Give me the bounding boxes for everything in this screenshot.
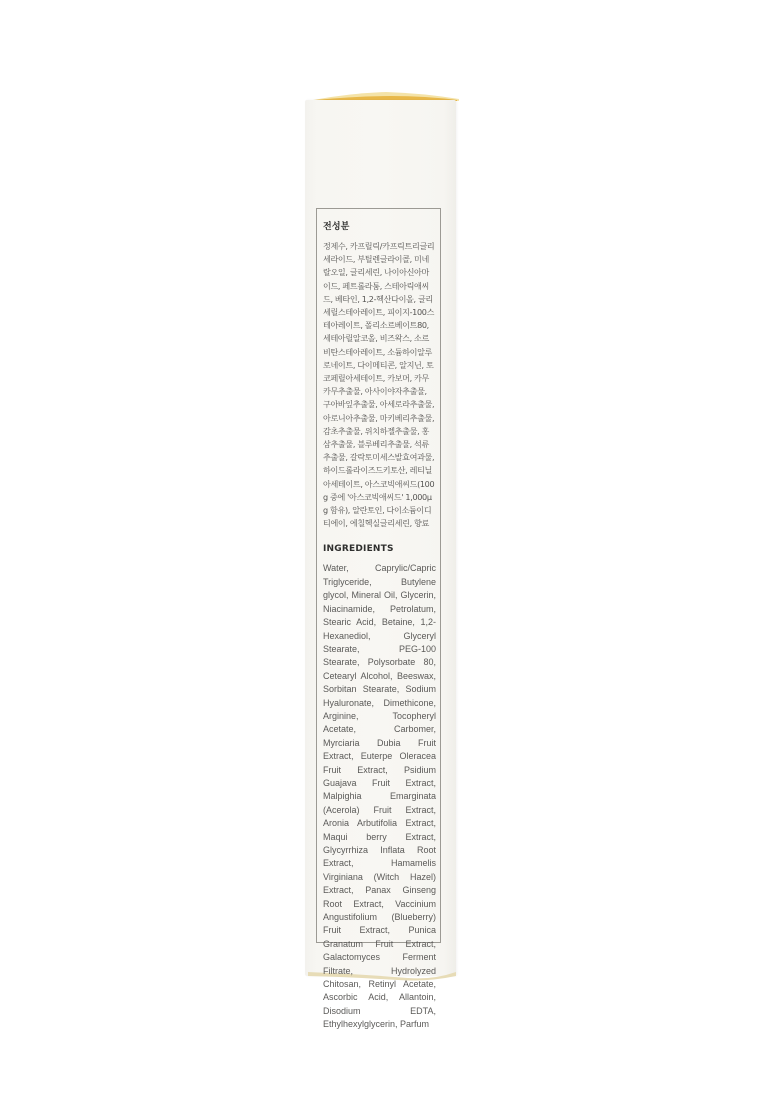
korean-ingredients-heading: 전성분 xyxy=(323,219,436,232)
english-ingredients-text: Water, Caprylic/Capric Triglyceride, But… xyxy=(323,562,436,1031)
korean-ingredients-text: 정제수, 카프릴릭/카프릭트리글리세라이드, 부틸렌글라이콜, 미네랄오일, 글… xyxy=(323,240,436,530)
english-ingredients-heading: INGREDIENTS xyxy=(323,544,436,554)
ingredients-panel: 전성분 정제수, 카프릴릭/카프릭트리글리세라이드, 부틸렌글라이콜, 미네랄오… xyxy=(316,208,441,943)
